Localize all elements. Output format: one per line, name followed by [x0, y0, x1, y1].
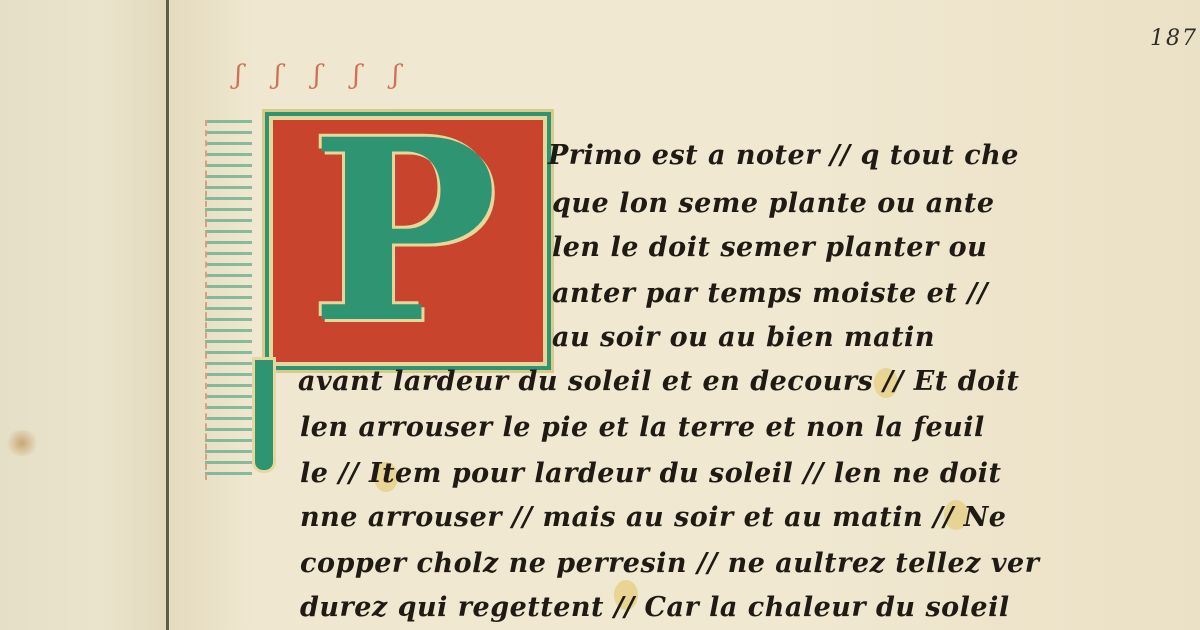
text-line: len arrouser le pie et la terre et non l…: [300, 412, 985, 443]
text-line: anter par temps moiste et //: [552, 278, 988, 309]
text-line: len le doit semer planter ou: [552, 232, 987, 263]
manuscript-text: Primo est a noter // q tout che que lon …: [0, 0, 1200, 630]
text-line: Primo est a noter // q tout che: [548, 140, 1019, 171]
text-line: que lon seme plante ou ante: [552, 188, 995, 219]
text-line: durez qui regettent // Car la chaleur du…: [300, 592, 1010, 623]
text-line: avant lardeur du soleil et en decours //…: [298, 366, 1019, 397]
text-line: le // Item pour lardeur du soleil // len…: [300, 458, 1002, 489]
text-line: au soir ou au bien matin: [552, 322, 935, 353]
text-line: copper cholz ne perresin // ne aultrez t…: [300, 548, 1039, 579]
text-line: nne arrouser // mais au soir et au matin…: [300, 502, 1006, 533]
